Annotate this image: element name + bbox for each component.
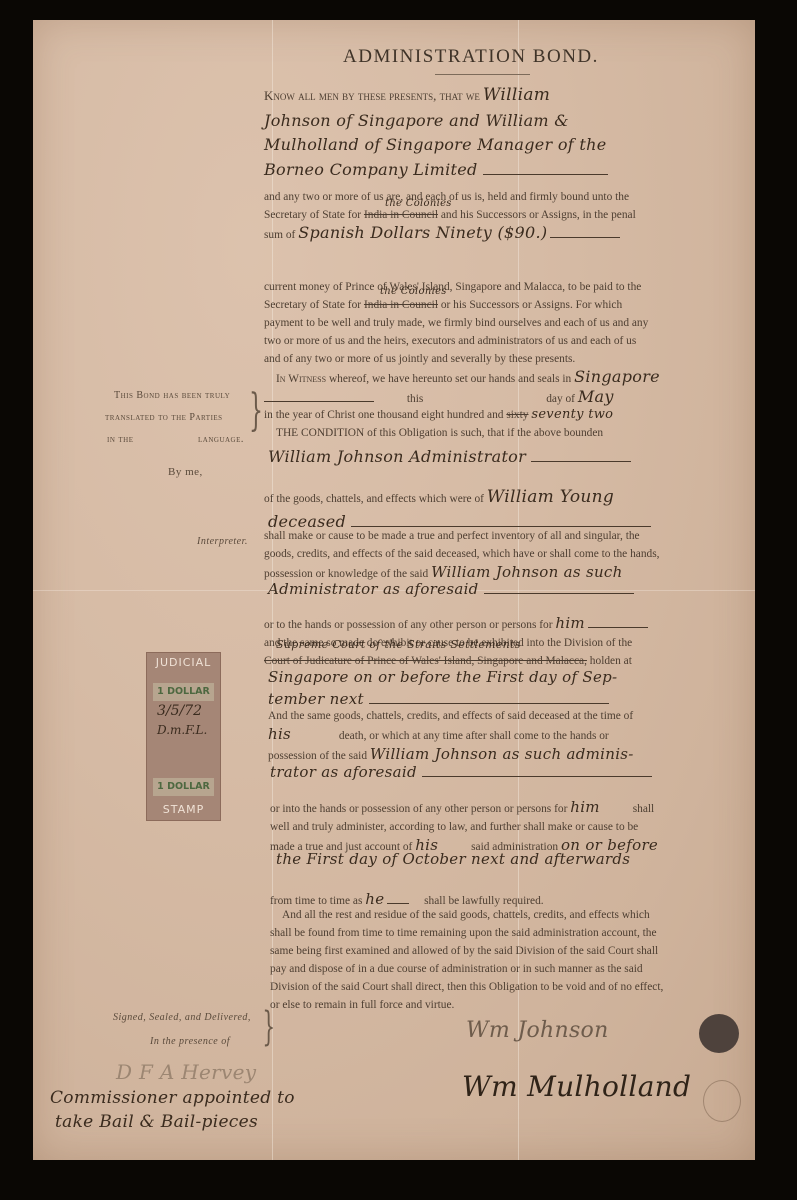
- currency-clause: current money of Prince of Wales' Island…: [264, 278, 700, 368]
- translation-note: language.: [198, 434, 244, 445]
- handwritten-line: trator as aforesaid: [270, 763, 652, 781]
- handwritten-line: William Johnson Administrator: [268, 447, 631, 466]
- seal-mark: [703, 1080, 741, 1122]
- condition-clause: THE CONDITION of this Obligation is such…: [276, 424, 706, 442]
- stamp-initials: D.m.F.L.: [157, 723, 207, 737]
- stamp-label: STAMP: [150, 803, 217, 817]
- wax-seal: [699, 1014, 739, 1053]
- signature-mulholland: Wm Mulholland: [462, 1070, 691, 1103]
- stamp-value: 1 DOLLAR: [153, 778, 214, 796]
- witness-title: Commissioner appointed to: [50, 1088, 295, 1108]
- witness-title: take Bail & Bail-pieces: [55, 1112, 258, 1132]
- by-me-label: By me,: [168, 466, 203, 478]
- translation-note: This Bond has been truly: [114, 390, 230, 401]
- judicial-stamp: JUDICIAL 1 DOLLAR 3/5/72 D.m.F.L. 1 DOLL…: [146, 652, 221, 821]
- stamp-value: 1 DOLLAR: [153, 683, 214, 701]
- handwritten-line: Borneo Company Limited: [264, 160, 608, 179]
- signed-sealed-label: Signed, Sealed, and Delivered,: [113, 1012, 251, 1023]
- brace: }: [262, 1004, 275, 1050]
- translation-note: in the: [107, 434, 134, 445]
- goods-clause: And the same goods, chattels, credits, a…: [268, 707, 708, 765]
- in-presence-label: In the presence of: [150, 1036, 230, 1047]
- stamp-date: 3/5/72: [157, 703, 202, 719]
- handwritten-line: Johnson of Singapore and William &: [264, 111, 569, 130]
- signature-johnson: Wm Johnson: [466, 1018, 609, 1043]
- document-title: ADMINISTRATION BOND.: [343, 46, 599, 68]
- translation-note: translated to the Parties: [105, 412, 223, 423]
- administer-clause: or into the hands or possession of any o…: [270, 798, 706, 856]
- opening-line: Know all men by these presents, that we …: [264, 86, 714, 105]
- handwritten-line: Singapore on or before the First day of …: [268, 668, 617, 686]
- bond-clause: and any two or more of us are, and each …: [264, 188, 700, 244]
- handwritten-line: tember next: [268, 690, 609, 708]
- insertion: the Colonies: [385, 198, 452, 209]
- stamp-label: JUDICIAL: [150, 656, 217, 670]
- witness-signature: D F A Hervey: [116, 1060, 256, 1084]
- handwritten-line: the First day of October next and afterw…: [276, 850, 630, 868]
- residue-clause: And all the rest and residue of the said…: [270, 906, 706, 1014]
- date-line: this day of May: [264, 388, 704, 408]
- brace: }: [249, 385, 263, 436]
- inventory-clause: shall make or cause to be made a true an…: [264, 527, 704, 583]
- insertion: the Colonies: [380, 286, 447, 297]
- title-rule: [435, 74, 530, 75]
- witness-clause: In Witness whereof, we have hereunto set…: [276, 368, 706, 388]
- year-line: in the year of Christ one thousand eight…: [264, 406, 704, 424]
- goods-line: of the goods, chattels, and effects whic…: [264, 488, 704, 508]
- handwritten-line: Mulholland of Singapore Manager of the: [264, 135, 607, 154]
- handwritten-line: Administrator as aforesaid: [268, 580, 634, 598]
- interpreter-label: Interpreter.: [197, 536, 248, 547]
- insertion: Supreme Court of the Straits Settlements: [276, 638, 521, 651]
